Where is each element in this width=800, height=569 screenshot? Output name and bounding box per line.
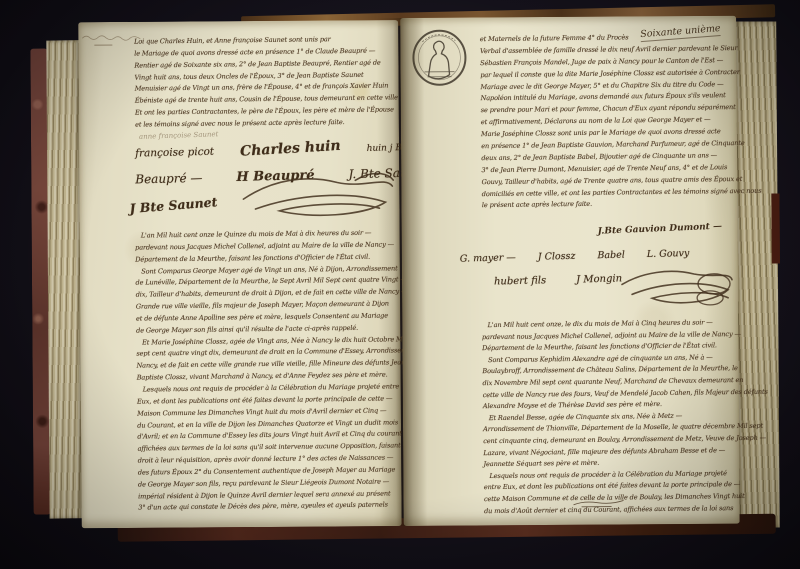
signature: H Beaupré (236, 168, 314, 185)
signature-officiant: J.Bte Gauvion Dumont — (597, 222, 722, 237)
page-stack-right (734, 22, 780, 528)
signature-row: françoise picotCharles huinhuin j Bte Sa… (135, 137, 446, 161)
signature-anne-francoise-saunet: anne françoise Saunet (139, 130, 219, 141)
marginal-note-scribble (80, 30, 142, 50)
signature: G. mayer — (460, 252, 516, 264)
page-stack-left (46, 40, 82, 519)
signature: Beaupré — (135, 171, 202, 187)
signature-row: Beaupré —H BeaupréJ. Bte Saunet (135, 165, 427, 187)
marriage-act-mayer-clossz: L'an Mil huit cent onze le Quinze du moi… (135, 227, 400, 514)
left-page: Loi que Charles Huin, et Anne françoise … (78, 20, 402, 528)
signature: françoise picot (135, 146, 214, 160)
signature: J Mongin (576, 273, 622, 285)
act-text-line: et les témoins signé avec nous le présen… (135, 116, 398, 131)
act-text-line: 3° d'un acte qui constate le Décès des p… (138, 500, 400, 515)
signature-flourish (618, 254, 736, 313)
right-page: Soixante unième et Maternels de la futur… (400, 16, 740, 526)
signature: Babel (597, 250, 625, 262)
signature: Charles huin (240, 138, 341, 160)
act-text-line: du mois d'Août dernier et cinq du Couran… (484, 503, 740, 518)
signature-row: G. mayer —J ClosszBabelL. Gouvy (460, 248, 690, 265)
marriage-act-alexandre-besse: L'an Mil huit cent onze, le dix du mois … (482, 317, 740, 517)
marriage-act-huin-saunet-closing: Loi que Charles Huin, et Anne françoise … (134, 33, 398, 131)
marriage-act-mayer-clossz-closing: et Maternels de la future Femme 4° du Pr… (480, 31, 738, 212)
open-register-book: Loi que Charles Huin, et Anne françoise … (26, 3, 786, 560)
signature-row: J Bte Saunet (129, 197, 217, 214)
act-text-line: le présent acte après lecture faite. (482, 197, 738, 212)
signature: J Bte Saunet (129, 194, 218, 216)
signature: hubert fils (494, 275, 546, 287)
signature: L. Gouvy (647, 248, 690, 260)
signature-row: hubert filsJ Mongin (494, 273, 622, 287)
photo-background: Loi que Charles Huin, et Anne françoise … (0, 0, 800, 569)
ink-stamp-seal (410, 28, 468, 88)
signature: J Clossz (538, 251, 576, 263)
